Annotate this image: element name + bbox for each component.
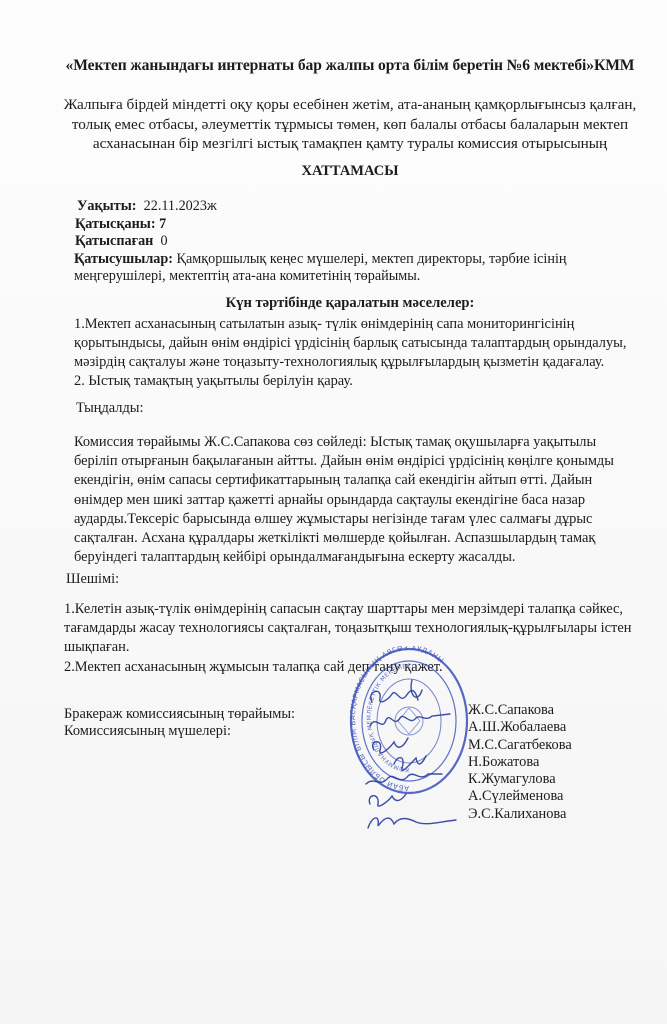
present-value: 7 [159, 216, 166, 232]
meta-absent: Қатыспаған 0 [75, 233, 634, 251]
meta-participants: Қатысушылар: Қамқоршылық кеңес мүшелері,… [74, 251, 634, 286]
signature-labels: Бракераж комиссиясының төрайымы: Комисси… [64, 706, 295, 740]
signatory-name: Ж.С.Сапакова [468, 702, 572, 719]
signatory-name: М.С.Сагатбекова [468, 737, 572, 754]
signatory-name: А.Сүлейменова [468, 788, 572, 805]
handwritten-signatures-icon [360, 676, 480, 836]
document-page: «Мектеп жанындағы интернаты бар жалпы ор… [0, 0, 667, 1024]
chair-label: Бракераж комиссиясының төрайымы: [64, 706, 295, 723]
meeting-meta: Уақыты: 22.11.2023ж Қатысқаны: 7 Қатыспа… [77, 198, 634, 286]
meta-present: Қатысқаны: 7 [75, 216, 634, 234]
agenda-list: 1.Мектеп асханасының сатылатын азық- түл… [74, 315, 634, 391]
subject-line: Жалпыға бірдей міндетті оқу қоры есебіне… [60, 95, 640, 115]
absent-label: Қатыспаған [75, 233, 153, 249]
document-subject: Жалпыға бірдей міндетті оқу қоры есебіне… [60, 95, 640, 154]
present-label: Қатысқаны: [75, 216, 156, 232]
agenda-item: 2. Ыстық тамақтың уақытылы берілуін қара… [74, 372, 634, 391]
meta-date: Уақыты: 22.11.2023ж [77, 198, 634, 216]
date-value: 22.11.2023ж [144, 198, 217, 214]
document-title: ХАТТАМАСЫ [60, 163, 640, 180]
date-label: Уақыты: [77, 198, 137, 214]
signatory-name: К.Жумагулова [468, 771, 572, 788]
participants-label: Қатысушылар: [74, 251, 173, 267]
agenda-title: Күн тәртібінде қаралатын мәселелер: [60, 295, 640, 312]
signatory-names: Ж.С.Сапакова А.Ш.Жобалаева М.С.Сагатбеко… [468, 702, 572, 823]
subject-line: толық емес отбасы, әлеуметтік тұрмысы тө… [60, 115, 640, 135]
decision-label: Шешімі: [66, 571, 119, 588]
heard-text: Комиссия төрайымы Ж.С.Сапакова сөз сөйле… [74, 433, 634, 567]
subject-line: асханасынан бір мезгілгі ыстық тамақпен … [60, 134, 640, 154]
heard-label: Тыңдалды: [76, 400, 143, 417]
signatory-name: Э.С.Калиханова [468, 806, 572, 823]
members-label: Комиссиясының мүшелері: [64, 723, 295, 740]
agenda-item: 1.Мектеп асханасының сатылатын азық- түл… [74, 315, 634, 372]
signatory-name: Н.Божатова [468, 754, 572, 771]
absent-value: 0 [160, 233, 167, 249]
organization-title: «Мектеп жанындағы интернаты бар жалпы ор… [60, 57, 640, 75]
signatory-name: А.Ш.Жобалаева [468, 719, 572, 736]
